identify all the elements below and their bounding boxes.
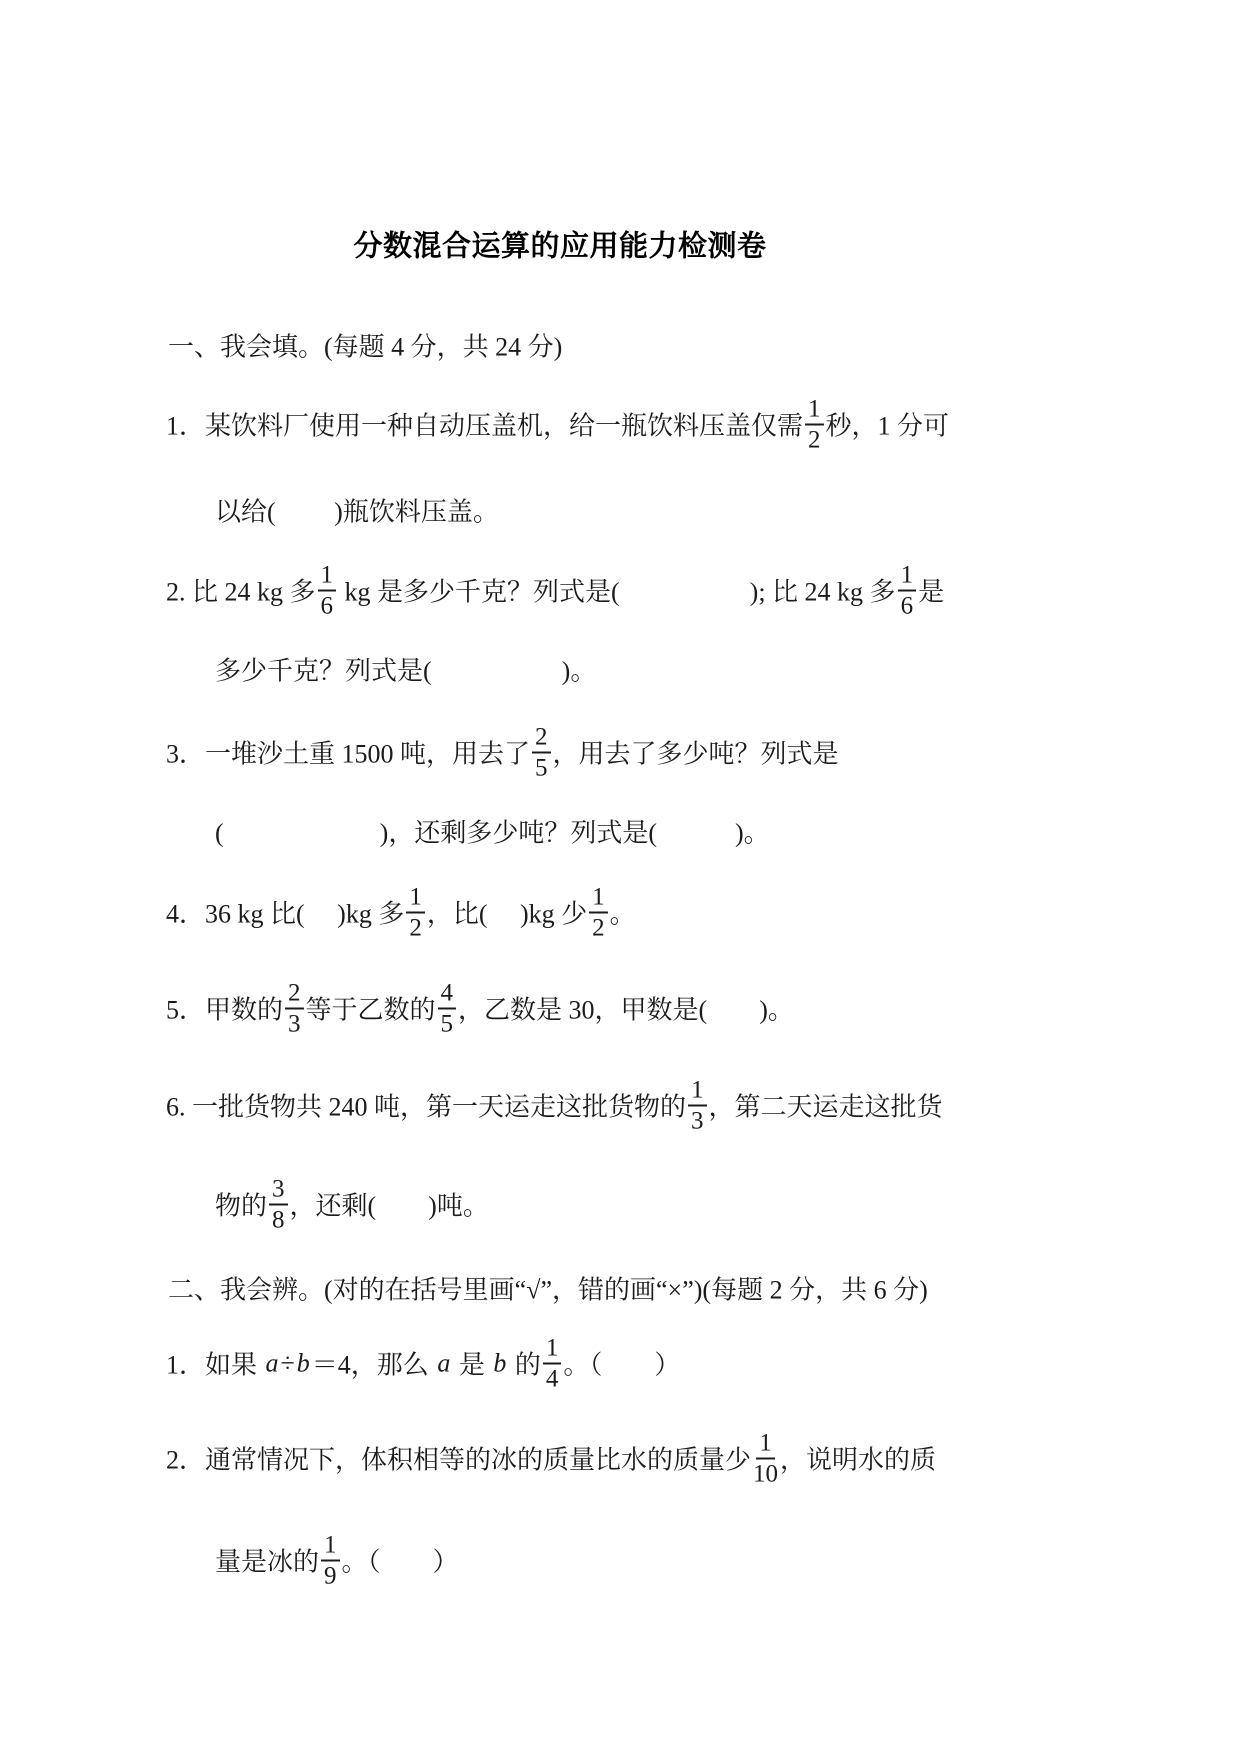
- question-line: 以给( )瓶饮料压盖。: [215, 492, 499, 529]
- question-line: 6. 一批货物共 240 吨，第一天运走这批货物的13，第二天运走这批货: [166, 1077, 943, 1134]
- fraction-denominator: 5: [535, 754, 548, 781]
- text-run: 以给( )瓶饮料压盖。: [215, 492, 499, 529]
- fraction-denominator: 2: [808, 426, 821, 453]
- question-line: 量是冰的19。（ ）: [215, 1532, 459, 1589]
- fraction: 25: [532, 724, 551, 781]
- text-run: 秒，1 分可: [826, 406, 950, 443]
- text-run: 的: [508, 1345, 541, 1382]
- fraction-denominator: 8: [272, 1206, 285, 1233]
- text-run: 4．36 kg 比( )kg 多: [166, 894, 404, 931]
- fraction-numerator: 4: [438, 980, 457, 1010]
- fraction-denominator: 6: [901, 592, 914, 619]
- question-line: 2．通常情况下，体积相等的冰的质量比水的质量少110，说明水的质: [166, 1430, 936, 1487]
- text-run: 3．一堆沙土重 1500 吨，用去了: [166, 734, 530, 771]
- text-run: 物的: [215, 1186, 267, 1223]
- text-run: 量是冰的: [215, 1542, 319, 1579]
- fraction: 16: [898, 562, 917, 619]
- math-variable: b: [491, 1348, 508, 1378]
- question-line: 多少千克？列式是( )。: [215, 651, 596, 688]
- fraction-numerator: 1: [805, 396, 824, 426]
- question-line: 5．甲数的23等于乙数的45，乙数是 30，甲数是( )。: [166, 980, 794, 1037]
- fraction: 13: [688, 1077, 707, 1134]
- fraction: 38: [269, 1176, 288, 1233]
- text-run: ，还剩( )吨。: [290, 1186, 489, 1223]
- fraction: 23: [285, 980, 304, 1037]
- text-run: ，说明水的质: [780, 1440, 936, 1477]
- section-heading: 二、我会辨。(对的在括号里画“√”，错的画“×”)(每题 2 分，共 6 分): [168, 1270, 928, 1307]
- fraction-denominator: 3: [288, 1010, 301, 1037]
- question-line: 2. 比 24 kg 多16 kg 是多少千克？列式是( ); 比 24 kg …: [166, 562, 944, 619]
- fraction-numerator: 1: [589, 884, 608, 914]
- text-run: 5．甲数的: [166, 990, 283, 1027]
- fraction-numerator: 1: [688, 1077, 707, 1107]
- text-run: ，第二天运走这批货: [709, 1087, 943, 1124]
- page: 分数混合运算的应用能力检测卷 一、我会填。(每题 4 分，共 24 分)1．某饮…: [0, 0, 1241, 1754]
- section-heading: 一、我会填。(每题 4 分，共 24 分): [168, 327, 562, 364]
- fraction-denominator: 2: [592, 914, 605, 941]
- fraction-denominator: 10: [753, 1460, 778, 1487]
- fraction-numerator: 2: [532, 724, 551, 754]
- question-line: 3．一堆沙土重 1500 吨，用去了25，用去了多少吨？列式是: [166, 724, 839, 781]
- math-variable: b: [295, 1348, 312, 1378]
- text-run: ( )，还剩多少吨？列式是( )。: [215, 813, 770, 850]
- fraction-numerator: 3: [269, 1176, 288, 1206]
- text-run: 是: [918, 572, 944, 609]
- question-line: 1．如果 a÷b＝4，那么 a 是 b 的14。（ ）: [166, 1335, 680, 1392]
- fraction-numerator: 1: [898, 562, 917, 592]
- text-run: 1．某饮料厂使用一种自动压盖机，给一瓶饮料压盖仅需: [166, 406, 803, 443]
- text-run: ＝4，那么: [312, 1345, 436, 1382]
- fraction-numerator: 1: [756, 1430, 775, 1460]
- fraction-denominator: 2: [409, 914, 422, 941]
- fraction-numerator: 1: [543, 1335, 562, 1365]
- fraction-denominator: 3: [691, 1107, 704, 1134]
- question-line: 物的38，还剩( )吨。: [215, 1176, 489, 1233]
- math-variable: a: [435, 1348, 452, 1378]
- text-run: 6. 一批货物共 240 吨，第一天运走这批货物的: [166, 1087, 686, 1124]
- text-run: 。（ ）: [342, 1542, 459, 1579]
- text-run: 。（ ）: [563, 1345, 680, 1382]
- fraction: 12: [406, 884, 425, 941]
- question-line: 1．某饮料厂使用一种自动压盖机，给一瓶饮料压盖仅需12秒，1 分可: [166, 396, 949, 453]
- text-run: 是: [452, 1345, 491, 1382]
- fraction: 12: [805, 396, 824, 453]
- fraction-denominator: 6: [321, 592, 334, 619]
- question-line: ( )，还剩多少吨？列式是( )。: [215, 813, 770, 850]
- text-run: ÷: [281, 1348, 295, 1378]
- fraction-denominator: 5: [441, 1010, 454, 1037]
- fraction: 110: [753, 1430, 778, 1487]
- text-run: kg 是多少千克？列式是( ); 比 24 kg 多: [338, 572, 896, 609]
- fraction: 16: [318, 562, 337, 619]
- text-run: 。: [610, 894, 636, 931]
- fraction-denominator: 9: [324, 1562, 337, 1589]
- fraction-numerator: 1: [321, 1532, 340, 1562]
- fraction: 14: [543, 1335, 562, 1392]
- text-run: 多少千克？列式是( )。: [215, 651, 596, 688]
- text-run: 1．如果: [166, 1345, 264, 1382]
- text-run: 等于乙数的: [306, 990, 436, 1027]
- text-run: ，用去了多少吨？列式是: [553, 734, 839, 771]
- text-run: 2. 比 24 kg 多: [166, 572, 316, 609]
- fraction-denominator: 4: [546, 1365, 559, 1392]
- math-variable: a: [264, 1348, 281, 1378]
- fraction-numerator: 1: [318, 562, 337, 592]
- text-run: ，比( )kg 少: [427, 894, 587, 931]
- question-line: 4．36 kg 比( )kg 多12，比( )kg 少12。: [166, 884, 636, 941]
- text-run: 2．通常情况下，体积相等的冰的质量比水的质量少: [166, 1440, 751, 1477]
- fraction: 12: [589, 884, 608, 941]
- text-run: ，乙数是 30，甲数是( )。: [458, 990, 794, 1027]
- fraction: 45: [438, 980, 457, 1037]
- page-title: 分数混合运算的应用能力检测卷: [353, 224, 766, 265]
- fraction-numerator: 2: [285, 980, 304, 1010]
- fraction-numerator: 1: [406, 884, 425, 914]
- fraction: 19: [321, 1532, 340, 1589]
